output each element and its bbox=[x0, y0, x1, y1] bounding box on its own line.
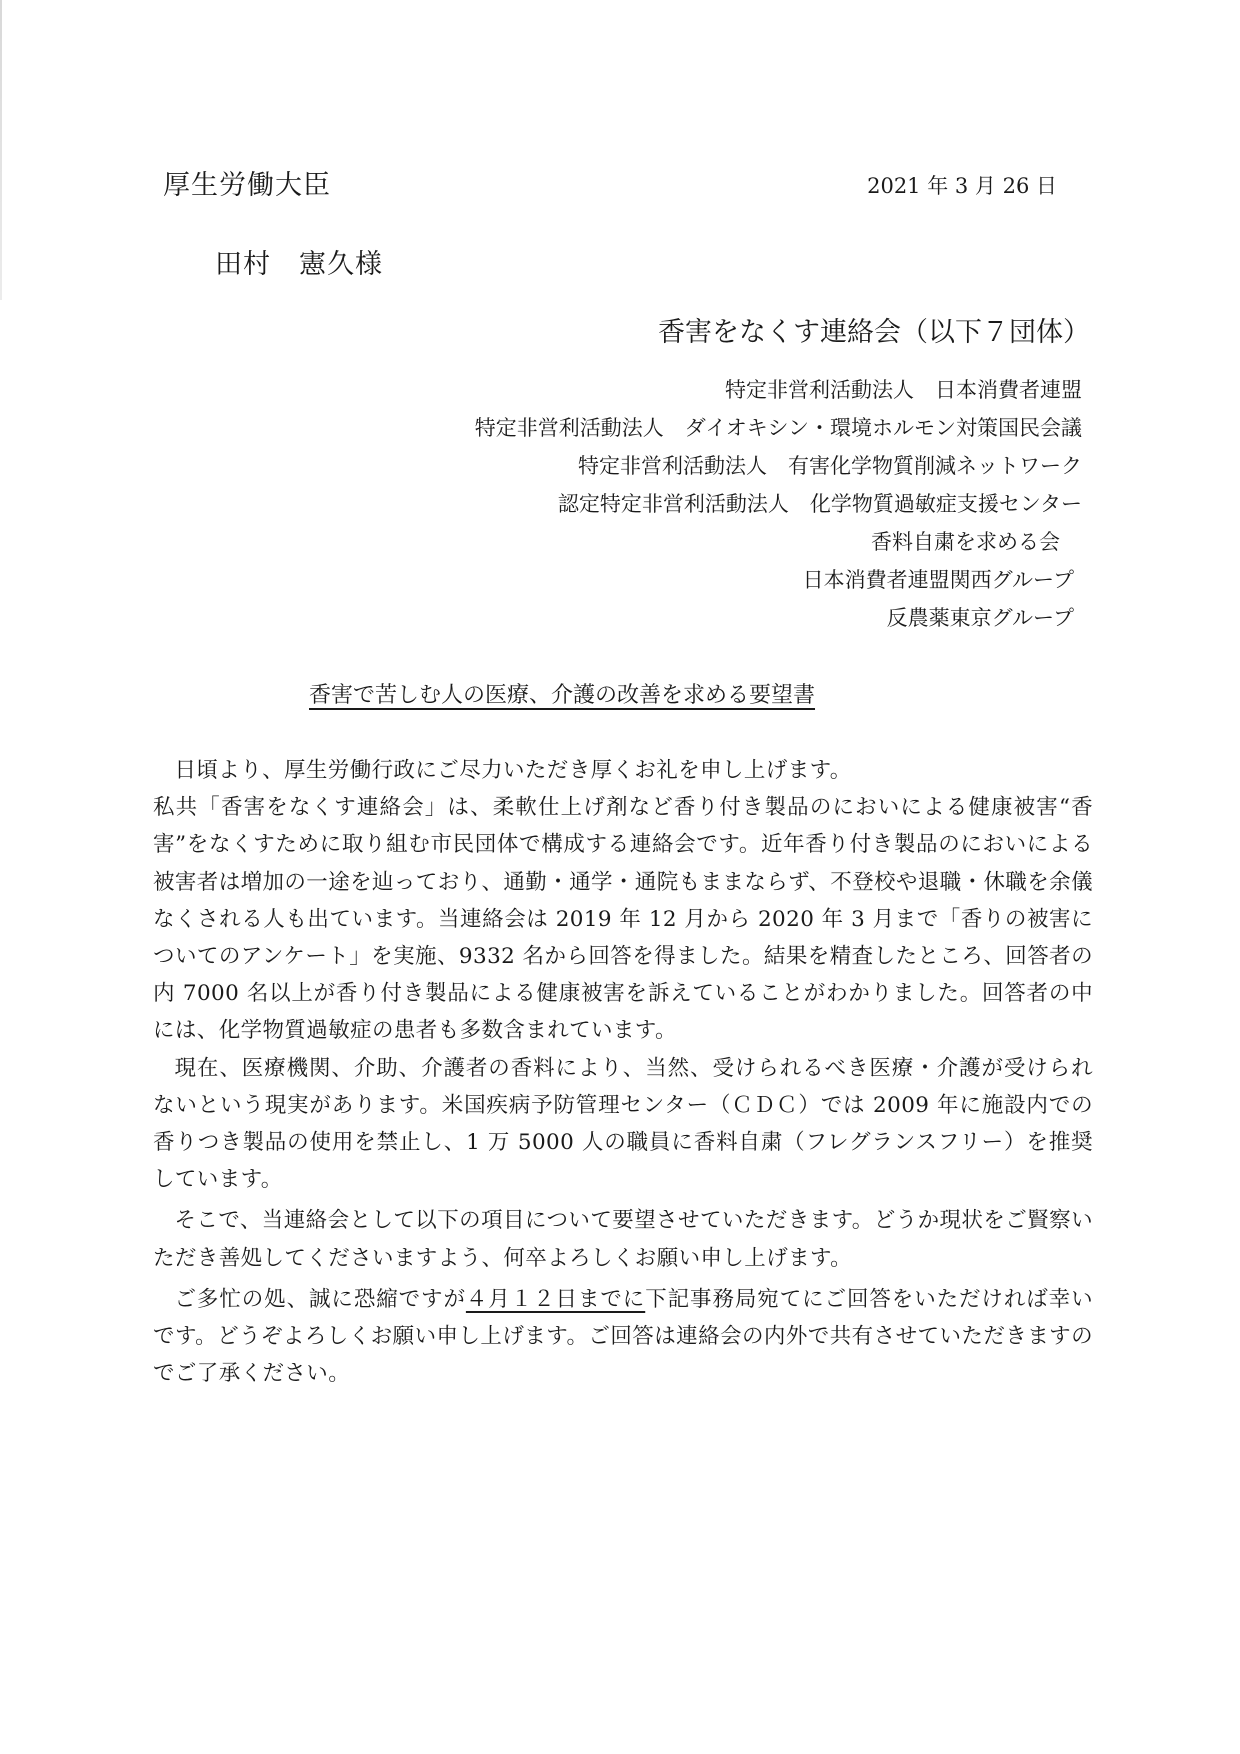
sender-block: 香害をなくす連絡会（以下７団体） 特定非営利活動法人 日本消費者連盟 特定非営利… bbox=[475, 313, 1082, 637]
deadline-lead-text: ご多忙の処、誠に恐縮ですが bbox=[175, 1287, 466, 1312]
sender-organization: 特定非営利活動法人 有害化学物質削減ネットワーク bbox=[475, 447, 1082, 485]
body-paragraph-greeting: 日頃より、厚生労働行政にご尽力いただき厚くお礼を申し上げます。 bbox=[153, 752, 1093, 789]
document-title: 香害で苦しむ人の医療、介護の改善を求める要望書 bbox=[309, 678, 815, 709]
response-deadline: ４月１２日までに bbox=[466, 1287, 645, 1312]
recipient-name: 田村 憲久様 bbox=[215, 242, 383, 281]
body-paragraph-request: そこで、当連絡会として以下の項目について要望させていただきます。どうか現状をご賢… bbox=[153, 1202, 1093, 1276]
sender-organization: 特定非営利活動法人 日本消費者連盟 bbox=[475, 371, 1082, 409]
scan-page-edge bbox=[0, 0, 2, 300]
recipient-title: 厚生労働大臣 bbox=[163, 163, 331, 202]
body-paragraph-deadline: ご多忙の処、誠に恐縮ですが４月１２日までに下記事務局宛てにご回答をいただければ幸… bbox=[153, 1281, 1093, 1393]
body-paragraph-background: 私共「香害をなくす連絡会」は、柔軟仕上げ剤など香り付き製品のにおいによる健康被害… bbox=[153, 789, 1093, 1049]
letter-body: 日頃より、厚生労働行政にご尽力いただき厚くお礼を申し上げます。 私共「香害をなく… bbox=[153, 752, 1093, 1392]
sender-organization: 特定非営利活動法人 ダイオキシン・環境ホルモン対策国民会議 bbox=[475, 409, 1082, 447]
body-paragraph-current-situation: 現在、医療機関、介助、介護者の香料により、当然、受けられるべき医療・介護が受けら… bbox=[153, 1050, 1093, 1199]
sender-organization: 香料自粛を求める会 bbox=[475, 523, 1060, 561]
sender-main: 香害をなくす連絡会（以下７団体） bbox=[475, 313, 1090, 353]
sender-organization: 日本消費者連盟関西グループ bbox=[475, 561, 1074, 599]
sender-organization: 認定特定非営利活動法人 化学物質過敏症支援センター bbox=[475, 485, 1082, 523]
letter-date: 2021 年 3 月 26 日 bbox=[867, 170, 1057, 200]
sender-organization: 反農薬東京グループ bbox=[475, 599, 1074, 637]
